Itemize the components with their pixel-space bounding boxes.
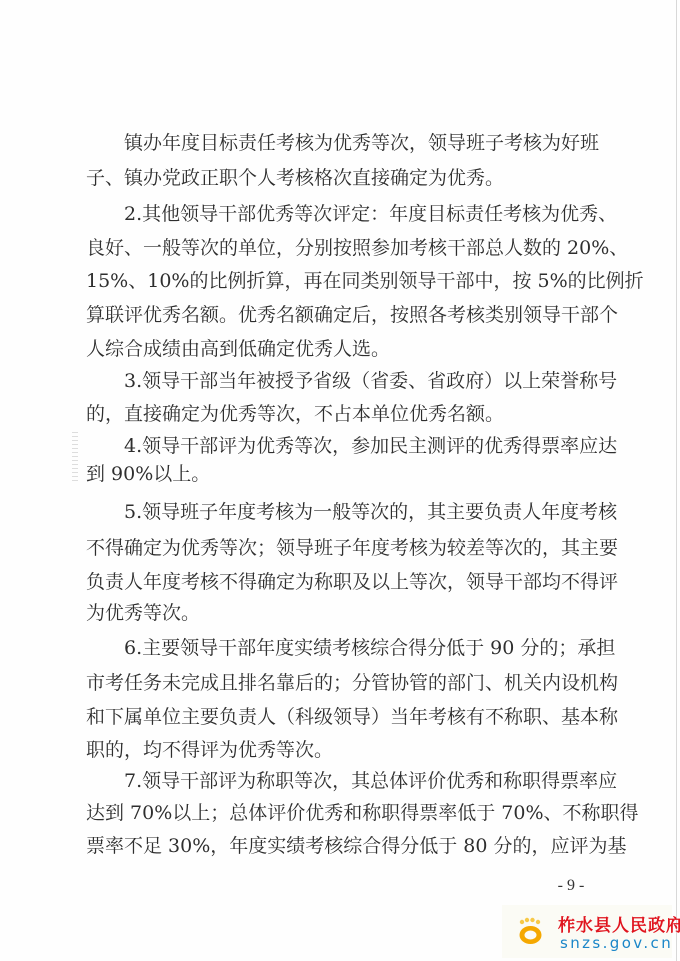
watermark-url: snzs.gov.cn xyxy=(560,934,673,952)
paragraph-2-line-2: 良好、一般等次的单位，分别按照参加考核干部总人数的 20%、 xyxy=(86,233,594,263)
watermark-logo: 柞水县人民政府 snzs.gov.cn xyxy=(502,905,672,958)
paragraph-5-line-1: 5.领导班子年度考核为一般等次的，其主要负责人年度考核 xyxy=(124,497,594,527)
document-page: 镇办年度目标责任考核为优秀等次，领导班子考核为好班子、镇办党政正职个人考核格次直… xyxy=(0,0,680,961)
paragraph-5-line-2: 不得确定为优秀等次；领导班子年度考核为较差等次的，其主要 xyxy=(86,533,594,563)
page-number: - 9 - xyxy=(556,877,586,899)
paragraph-7-line-1: 7.领导干部评为称职等次，其总体评价优秀和称职得票率应 xyxy=(124,766,594,796)
paragraph-7-line-3: 票率不足 30%，年度实绩考核综合得分低于 80 分的，应评为基 xyxy=(86,831,594,861)
sun-logo-icon xyxy=(516,916,546,946)
paragraph-7-line-2: 达到 70%以上；总体评价优秀和称职得票率低于 70%、不称职得 xyxy=(86,798,594,828)
paragraph-5-line-4: 为优秀等次。 xyxy=(86,598,594,628)
paragraph-4-line-2: 到 90%以上。 xyxy=(86,459,594,489)
paragraph-4-line-1: 4.领导干部评为优秀等次，参加民主测评的优秀得票率应达 xyxy=(124,431,594,461)
paragraph-2-line-5: 人综合成绩由高到低确定优秀人选。 xyxy=(86,334,594,364)
scan-edge-line xyxy=(676,0,677,961)
paragraph-3-line-2: 的，直接确定为优秀等次，不占本单位优秀名额。 xyxy=(86,399,594,429)
watermark-title: 柞水县人民政府 xyxy=(558,911,680,936)
paragraph-2-line-3: 15%、10%的比例折算，再在同类别领导干部中，按 5%的比例折 xyxy=(86,266,594,296)
paragraph-6-line-1: 6.主要领导干部年度实绩考核综合得分低于 90 分的；承担 xyxy=(124,633,594,663)
paragraph-6-line-2: 市考任务未完成且排名靠后的；分管协管的部门、机关内设机构 xyxy=(86,668,594,698)
scan-speckle xyxy=(72,432,78,484)
paragraph-3-line-1: 3.领导干部当年被授予省级（省委、省政府）以上荣誉称号 xyxy=(124,366,594,396)
paragraph-2-line-1: 2.其他领导干部优秀等次评定：年度目标责任考核为优秀、 xyxy=(124,199,594,229)
paragraph-1-line-1: 镇办年度目标责任考核为优秀等次，领导班子考核为好班 xyxy=(124,128,594,158)
paragraph-2-line-4: 算联评优秀名额。优秀名额确定后，按照各考核类别领导干部个 xyxy=(86,300,594,330)
paragraph-5-line-3: 负责人年度考核不得确定为称职及以上等次，领导干部均不得评 xyxy=(86,567,594,597)
paragraph-6-line-3: 和下属单位主要负责人（科级领导）当年考核有不称职、基本称 xyxy=(86,702,594,732)
paragraph-6-line-4: 职的，均不得评为优秀等次。 xyxy=(86,735,594,765)
paragraph-1-line-2: 子、镇办党政正职个人考核格次直接确定为优秀。 xyxy=(86,163,594,193)
